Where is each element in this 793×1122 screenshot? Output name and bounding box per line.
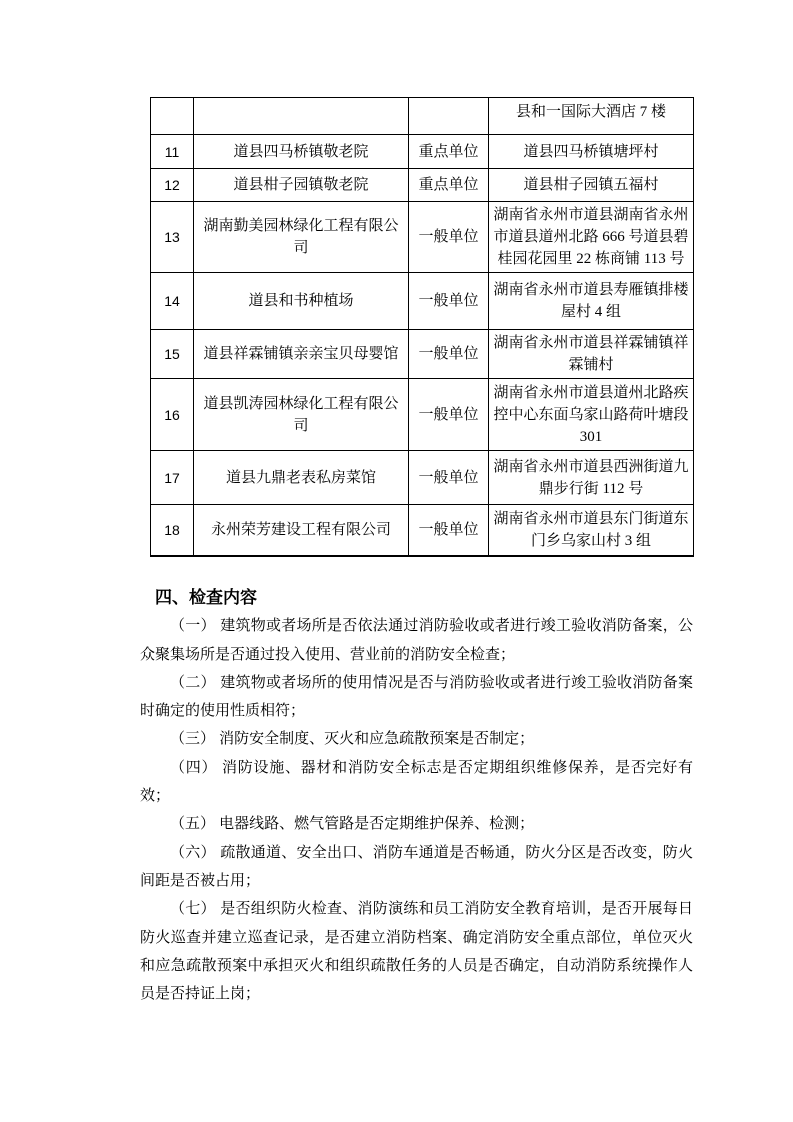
cell-unit-address: 湖南省永州市道县祥霖铺镇祥霖铺村 [489,330,694,379]
cell-seq [151,98,194,135]
cell-unit-type: 一般单位 [409,202,489,273]
cell-unit-name [194,98,409,135]
cell-unit-type: 一般单位 [409,505,489,556]
cell-unit-name: 湖南勤美园林绿化工程有限公司 [194,202,409,273]
table-row: 13 湖南勤美园林绿化工程有限公司 一般单位 湖南省永州市道县湖南省永州市道县道… [151,202,694,273]
table-row: 14 道县和书种植场 一般单位 湖南省永州市道县寿雁镇排楼屋村 4 组 [151,273,694,330]
cell-unit-name: 道县和书种植场 [194,273,409,330]
cell-unit-type: 一般单位 [409,379,489,451]
cell-unit-address: 县和一国际大酒店 7 楼 [489,98,694,135]
cell-unit-address: 湖南省永州市道县湖南省永州市道县道州北路 666 号道县碧桂园花园里 22 栋商… [489,202,694,273]
inspection-item-4: （四） 消防设施、器材和消防安全标志是否定期组织维修保养，是否完好有效； [140,754,693,811]
cell-seq: 12 [151,169,194,202]
cell-unit-name: 道县柑子园镇敬老院 [194,169,409,202]
cell-unit-address: 道县四马桥镇塘坪村 [489,135,694,169]
cell-seq: 13 [151,202,194,273]
cell-unit-name: 道县四马桥镇敬老院 [194,135,409,169]
cell-unit-address: 道县柑子园镇五福村 [489,169,694,202]
cell-seq: 11 [151,135,194,169]
cell-unit-name: 道县祥霖铺镇亲亲宝贝母婴馆 [194,330,409,379]
cell-seq: 15 [151,330,194,379]
cell-unit-address: 湖南省永州市道县西洲街道九鼎步行街 112 号 [489,451,694,505]
cell-seq: 14 [151,273,194,330]
inspection-item-2: （二） 建筑物或者场所的使用情况是否与消防验收或者进行竣工验收消防备案时确定的使… [140,669,693,726]
table-row: 11 道县四马桥镇敬老院 重点单位 道县四马桥镇塘坪村 [151,135,694,169]
inspection-item-1: （一） 建筑物或者场所是否依法通过消防验收或者进行竣工验收消防备案，公众聚集场所… [140,612,693,669]
inspection-item-6: （六） 疏散通道、安全出口、消防车通道是否畅通，防火分区是否改变，防火间距是否被… [140,839,693,896]
inspection-content-section: 四、检查内容 （一） 建筑物或者场所是否依法通过消防验收或者进行竣工验收消防备案… [140,584,693,1008]
table-row: 15 道县祥霖铺镇亲亲宝贝母婴馆 一般单位 湖南省永州市道县祥霖铺镇祥霖铺村 [151,330,694,379]
cell-unit-type [409,98,489,135]
cell-unit-type: 重点单位 [409,135,489,169]
section-heading: 四、检查内容 [140,584,693,612]
cell-unit-name: 道县九鼎老表私房菜馆 [194,451,409,505]
table-row: 12 道县柑子园镇敬老院 重点单位 道县柑子园镇五福村 [151,169,694,202]
cell-unit-type: 一般单位 [409,273,489,330]
cell-seq: 16 [151,379,194,451]
cell-unit-type: 一般单位 [409,330,489,379]
cell-unit-address: 湖南省永州市道县道州北路疾控中心东面乌家山路荷叶塘段 301 [489,379,694,451]
inspection-item-5: （五） 电器线路、燃气管路是否定期维护保养、检测； [140,810,693,838]
table-row: 18 永州荣芳建设工程有限公司 一般单位 湖南省永州市道县东门街道东门乡乌家山村… [151,505,694,556]
document-page: 县和一国际大酒店 7 楼 11 道县四马桥镇敬老院 重点单位 道县四马桥镇塘坪村… [0,0,793,1122]
cell-unit-name: 道县凯涛园林绿化工程有限公司 [194,379,409,451]
cell-unit-type: 重点单位 [409,169,489,202]
table-row-continuation: 县和一国际大酒店 7 楼 [151,98,694,135]
cell-unit-name: 永州荣芳建设工程有限公司 [194,505,409,556]
inspection-item-7: （七） 是否组织防火检查、消防演练和员工消防安全教育培训，是否开展每日防火巡查并… [140,895,693,1008]
cell-seq: 18 [151,505,194,556]
inspection-item-3: （三） 消防安全制度、灭火和应急疏散预案是否制定； [140,725,693,753]
table-row: 17 道县九鼎老表私房菜馆 一般单位 湖南省永州市道县西洲街道九鼎步行街 112… [151,451,694,505]
table-row: 16 道县凯涛园林绿化工程有限公司 一般单位 湖南省永州市道县道州北路疾控中心东… [151,379,694,451]
cell-unit-address: 湖南省永州市道县东门街道东门乡乌家山村 3 组 [489,505,694,556]
cell-unit-address: 湖南省永州市道县寿雁镇排楼屋村 4 组 [489,273,694,330]
cell-unit-type: 一般单位 [409,451,489,505]
cell-seq: 17 [151,451,194,505]
inspection-units-table: 县和一国际大酒店 7 楼 11 道县四马桥镇敬老院 重点单位 道县四马桥镇塘坪村… [150,97,694,557]
